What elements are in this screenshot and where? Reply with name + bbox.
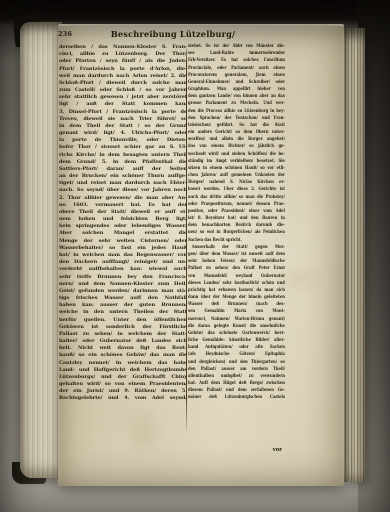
text-line: Lützenburgs/ und der Graffschafft Chiny <box>59 374 187 381</box>
text-line: zum Castell/ oder Schloß / so vor Jahren <box>59 87 187 94</box>
text-line: ses Land-Rahts immerwehrender <box>188 50 285 57</box>
text-line: stehet. So ist der Abbt von Münster die- <box>188 43 285 50</box>
text-line: nen/ so wol in Burgerlichen/ als Peinlic… <box>188 229 285 236</box>
text-line: tzösischen/ geführt. So hat die Statt <box>188 122 285 129</box>
page-edges-right <box>343 28 365 482</box>
text-line: Sachen das Recht spricht. <box>188 237 285 244</box>
text-line: Pfort/ Frantzösisch la porte d'Arlon, di… <box>59 66 187 73</box>
right-column-text: stehet. So ist der Abbt von Münster die-… <box>188 43 285 402</box>
text-line: den Sprachen/ der Teutschen/ und Fran- <box>188 115 285 122</box>
text-line: Provinciale, oder Parlament/ auch einen <box>188 65 285 72</box>
text-line: auch das dritte allhie/ so man die Probs… <box>188 194 285 201</box>
text-line: verderbt auffbehalten kan: wiewol auch <box>59 266 187 273</box>
text-line: helt. Nicht weit davon ligt das Rent- <box>59 345 187 352</box>
text-line: Aber solchen Mangel erstattet die <box>59 230 187 237</box>
right-column: stehet. So ist der Abbt von Münster die-… <box>188 43 285 402</box>
text-line: kein springendes oder lebendiges Wasser/ <box>59 223 187 230</box>
text-line: derselben / das Nonnen-Kloster S. Fran- <box>59 44 187 51</box>
text-line: hand Antiquitäten/ oder alte Sachen <box>188 344 285 351</box>
text-line: prächtig hat erbawen lassen/ da man sich <box>188 287 285 294</box>
text-line: hat. Auff dem Hügel deß Bergs/ zwischen <box>188 380 285 387</box>
text-line: in dem Theil der Statt / so der Grund <box>59 123 187 130</box>
text-line: dann über der Menge der hinein geleitete… <box>188 294 285 301</box>
text-line: positus, oder Praesident/ einer vom Adel <box>188 208 285 215</box>
text-line: liche Gemählde: künstliche Bilder/ aller… <box>188 337 285 344</box>
text-line: Gebäw/ das schönste Gartenwerck/ herr- <box>188 330 285 337</box>
text-line: sitzen in einem schönen Hauß/ so vor etl… <box>188 165 285 172</box>
text-line: General-Einnehmer/ und Schreiber/ oder <box>188 79 285 86</box>
catchword: vor <box>188 447 282 453</box>
text-line: tigs frisches Wasser auff den Nothfall <box>59 295 187 302</box>
text-line: herfür quellen. Unter den öffentlichen <box>59 317 187 324</box>
text-line: Ausserhalb der Statt/ gegen Mor- <box>188 244 285 251</box>
text-line: ligt / auß der Statt kommen kan/ <box>59 101 187 108</box>
text-line: mäuer deß Lützenburgischen Castels <box>188 394 285 401</box>
text-line: oder Praeposituram, nennet/ dessen Prae- <box>188 201 285 208</box>
text-line: worffen/ und allein die Burger angehet/ <box>188 136 285 143</box>
text-line: Procuratorem generalem, Jtem einen <box>188 72 285 79</box>
text-line: Graphium. Man appellirt hieher von <box>188 86 285 93</box>
text-line: nem hohen und felsichten Berg ligt/ <box>59 216 187 223</box>
text-line: dem gantzen Lande/ von hinnen aber an da… <box>188 93 285 100</box>
text-line: Wasserbehalter/ so fast ein jedes Hauß <box>59 245 187 252</box>
page-edges-left <box>20 22 62 478</box>
text-line: obere Theil der Statt/ dieweil er auff e… <box>59 209 187 216</box>
text-line: gen/ über dem Wasser/ ist unweit auff de… <box>188 251 285 258</box>
text-line: grosse Parlament zu Mecheln. Und wer- <box>188 100 285 107</box>
text-line: Schloß-Pfort / dieweil durch solche man <box>59 80 187 87</box>
text-line: ständig im Ampt verbleiben/ besetzet. Si… <box>188 158 285 165</box>
text-line: Rechtsgelehrte/ und 4. vom Adel seynd/ <box>59 395 187 402</box>
text-line: hauß/ so ein schönes Gebäw/ das man die <box>59 352 187 359</box>
text-line: Wasser deß Brunnen/ (nach des- <box>188 301 285 308</box>
text-line: ein anders Gericht/ so dem Obern unter- <box>188 129 285 136</box>
text-line: 2. Thor allhier gewesen/ die man aber An… <box>59 195 187 202</box>
text-line: gehalten wird/ so von einem Praesidenten… <box>59 381 187 388</box>
text-line: tiget/ und reiset man dardurch nach Ehte… <box>59 180 187 187</box>
text-line: richs Kirche/ in dem besagten untern The… <box>59 152 187 159</box>
text-line: der ein Jurist/ und 9. Räthen/ deren 5. <box>59 388 187 395</box>
text-line: das von einem Richter/ so jährlich ge- <box>188 143 285 150</box>
text-line: Pallast zu sehen/ in welchem der Statt- <box>59 331 187 338</box>
text-line: Geist/ gefunden werden/ darinnen man stä… <box>59 288 187 295</box>
text-line: diesem Pallast/ und dem zerfallenen Ge- <box>188 387 285 394</box>
text-line: Gebäwen ist sonderlich der Fürstliche <box>59 324 187 331</box>
text-line: Sattlers-Pfort/ daran/ auff der Seiten <box>59 166 187 173</box>
text-line: allenthalben umbgibet/ zu verwundern <box>188 373 285 380</box>
text-line: cisci, allhie zu Lützenburg. Der Thor/ <box>59 51 187 58</box>
text-line: dieses Landes/ sehr kostbarlich/ schön u… <box>188 280 285 287</box>
text-line: welche in den untern Theilen der Statt <box>59 309 187 316</box>
text-line: bawet worden. Uber diese 2. Gerichte ist <box>188 186 285 193</box>
text-line: genant wird/ ligt/ 4. Ulrichs-Pfort/ ode… <box>59 130 187 137</box>
text-line: Treves, dieweil sie nach Trier führet/ s… <box>59 116 187 123</box>
text-line: oder Pforten / seyn fünff / als die Jude… <box>59 58 187 65</box>
text-line: die daran gelegte Kunst/ die ansehnliche <box>188 323 285 330</box>
text-line: an der Brucken/ ein schöner Thurn auffge… <box>59 173 187 180</box>
text-line: chen Jahren/ auff gemeinen Unkosten der <box>188 172 285 179</box>
text-line: nach. So seynd/ über diese/ vor Jahren n… <box>59 187 187 194</box>
text-line: Erb-Versitzer. Es hat solches Concilium <box>188 57 285 64</box>
text-line: ist/ 8. Beysitzer hat/ und den Bauren in <box>188 215 285 222</box>
text-line: haben kan: ausser der guten Brunnen/ <box>59 302 187 309</box>
book-photograph: 236 Beschreibung Lützelburg/ derselben /… <box>0 0 390 512</box>
text-line: den Pallast/ ausser am vordern Theil/ <box>188 366 285 373</box>
text-line: weil man dardurch nach Arlon reiset/ 2. … <box>59 73 187 80</box>
text-line: sen Gemahlin Maria von Mont- <box>188 308 285 315</box>
text-line: den die Process allhie zu Lützenburg in … <box>188 108 285 115</box>
text-line: morenci, Nahmen/ Marien-Brunn genant) <box>188 316 285 323</box>
text-line: und dergleichen) und den Thiergarten/ so <box>188 359 285 366</box>
text-line: von Mannsfeld/ weyland Gubernator <box>188 273 285 280</box>
running-title: Beschreibung Lützelburg/ <box>58 29 288 39</box>
text-line: den Dächern aufffangt/ reiniget/ und un- <box>59 259 187 266</box>
left-column: derselben / das Nonnen-Kloster S. Fran-c… <box>59 44 187 403</box>
text-line: dem benachbarten Bezirck darumb die- <box>188 222 285 229</box>
text-line: sehr tieffe Brunnen bey den Francisca- <box>59 274 187 281</box>
text-line: Cantzley nennet/ in welchem das hohe <box>59 360 187 367</box>
text-line: halter/ oder Gubernator deß Landes sich <box>59 338 187 345</box>
text-line: la porte de Thionville, oder Dieten- <box>59 137 187 144</box>
text-line: Land- und Hoffgericht deß Hertzogthumbs <box>59 367 187 374</box>
text-line: dem Grund/ 5. in dem Pfaffenthal die <box>59 159 187 166</box>
text-line: Pallast zu sehen/ den Graff Peter Ernst <box>188 265 285 272</box>
text-line: 3. Dinsel-Pfort / Frantzösisch la porte … <box>59 109 187 116</box>
text-line: (als Heydnische Götzen/ Epitaphia <box>188 351 285 358</box>
text-line: hat/ in welchen man das Regenwasser/ von <box>59 252 187 259</box>
text-line: sehr hohen Felsen/ der Mannsfeldische <box>188 258 285 265</box>
text-line: no 1603. vermauert hat. Es hat der <box>59 202 187 209</box>
text-line: Menge der sehr weiten Cisternen/ oder <box>59 238 187 245</box>
text-line: sehr stattlich gewesen / jetzt aber zers… <box>59 94 187 101</box>
text-line: hofer Thor / stosset schier gar an S. Ul… <box>59 144 187 151</box>
text-line: nern/ und dem Nonnen-Kloster zum Heil. <box>59 281 187 288</box>
text-line: wechselt wird/ und sieben Schöffen/ die … <box>188 151 285 158</box>
text-line: Burger/ nahend S. Niclas Kirchen er- <box>188 179 285 186</box>
